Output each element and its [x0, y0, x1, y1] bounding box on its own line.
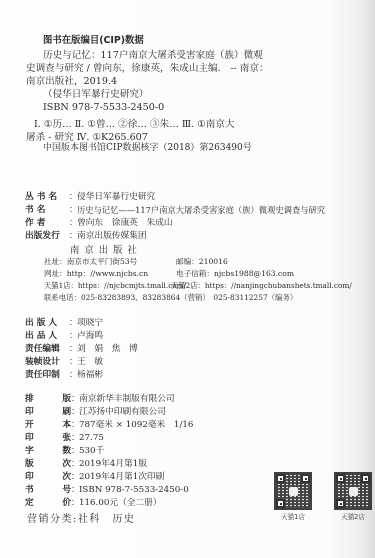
staff-row: 责任编辑：刘 娟 焦 博	[25, 343, 138, 355]
staff-row: 装帧设计：王 敏	[25, 356, 103, 368]
cip-series: （侵华日军暴行史研究）	[43, 88, 149, 101]
spec-value: 2019年4月第1次印刷	[79, 471, 164, 483]
spec-value: 江苏扬中印刷有限公司	[79, 406, 166, 418]
cip-record-number: 中国版本图书馆CIP数据核字（2018）第263490号	[43, 142, 252, 155]
spec-row: 字数：530千	[25, 445, 104, 457]
spec-row: 排版：南京新华丰制版有限公司	[25, 393, 175, 405]
series-label: 丛 书 名	[25, 191, 69, 203]
spec-value: 27.75	[79, 432, 104, 444]
author-value: 曾向东 徐康英 朱成山	[77, 217, 173, 229]
qr-code-icon[interactable]	[274, 472, 312, 510]
phone-numbers: 联系电话：025-83283893、83283864（营销） 025-83112…	[44, 292, 297, 304]
spec-label: 版次	[25, 458, 71, 470]
cip-isbn: ISBN 978-7-5533-2450-0	[43, 101, 164, 114]
address: 社址：南京市太平门街53号	[44, 256, 137, 268]
tmall-store-1-link[interactable]: 天猫1店：https：//njcbcmjts.tmall.com/	[44, 280, 186, 292]
distributor-label: 出版发行	[25, 230, 69, 242]
staff-value: 项晓宁	[77, 317, 103, 329]
cip-line: 史调查与研究 / 曾向东，徐康英，朱成山主编． -- 南京：	[26, 62, 269, 75]
staff-value: 卢海鸣	[77, 330, 103, 342]
staff-value: 杨福彬	[77, 369, 103, 381]
copyright-page: 图书在版编目(CIP)数据 历史与记忆：117户南京大屠杀受害家庭（族）微观 史…	[0, 0, 375, 558]
title-row: 书 名：历史与记忆——117户南京大屠杀受害家庭（族）微观史调查与研究	[25, 204, 325, 216]
staff-label: 装帧设计	[25, 356, 69, 368]
spec-value: ISBN 978-7-5533-2450-0	[79, 484, 189, 496]
staff-row: 出 版 人：项晓宁	[25, 317, 103, 329]
cip-classification: Ⅰ. ①历… Ⅱ. ①曾… ②徐… ③朱… Ⅲ. ①南京大	[34, 118, 235, 131]
spec-value: 南京新华丰制版有限公司	[79, 393, 175, 405]
email-link[interactable]: 电子信箱：njcbs1988@163.com	[176, 268, 294, 280]
cip-heading: 图书在版编目(CIP)数据	[43, 32, 144, 46]
postcode: 邮编：210016	[176, 256, 228, 268]
distributor-value: 南京出版传媒集团	[77, 230, 147, 242]
spec-row: 印次：2019年4月第1次印刷	[25, 471, 164, 483]
spec-label: 印张	[25, 432, 71, 444]
spec-label: 定价	[25, 497, 71, 509]
spec-label: 排版	[25, 393, 71, 405]
staff-row: 出 品 人：卢海鸣	[25, 330, 103, 342]
cip-line: 南京出版社，2019.4	[26, 75, 117, 88]
author-label: 作 者	[25, 217, 69, 229]
title-value: 历史与记忆——117户南京大屠杀受害家庭（族）微观史调查与研究	[77, 204, 325, 216]
website-link[interactable]: 网址：http：//www.njcbs.cn	[44, 268, 148, 280]
series-value: 侵华日军暴行史研究	[77, 191, 155, 203]
spec-row: 开本：787毫米 × 1092毫米 1/16	[25, 419, 193, 431]
series-row: 丛 书 名：侵华日军暴行史研究	[25, 191, 155, 203]
spec-row: 书号：ISBN 978-7-5533-2450-0	[25, 484, 189, 496]
spec-row: 印刷：江苏扬中印刷有限公司	[25, 406, 166, 418]
staff-value: 刘 娟 焦 博	[77, 343, 138, 355]
staff-label: 责任印制	[25, 369, 69, 381]
staff-value: 王 敏	[77, 356, 103, 368]
staff-label: 出 品 人	[25, 330, 69, 342]
qr-code-icon[interactable]	[334, 472, 372, 510]
staff-label: 出 版 人	[25, 317, 69, 329]
spec-value: 2019年4月第1版	[79, 458, 147, 470]
spec-value: 530千	[79, 445, 104, 457]
title-label: 书 名	[25, 204, 69, 216]
spec-row: 定价：116.00元（全二册）	[25, 497, 162, 509]
staff-label: 责任编辑	[25, 343, 69, 355]
marketing-category: 营销分类:社科 历史	[27, 510, 135, 525]
spec-value: 787毫米 × 1092毫米 1/16	[79, 419, 193, 431]
spec-value: 116.00元（全二册）	[79, 497, 162, 509]
cip-line: 历史与记忆：117户南京大屠杀受害家庭（族）微观	[43, 49, 263, 62]
distributor-row: 出版发行：南京出版传媒集团	[25, 230, 147, 242]
spec-label: 字数	[25, 445, 71, 457]
author-row: 作 者：曾向东 徐康英 朱成山	[25, 217, 173, 229]
spec-label: 印刷	[25, 406, 71, 418]
publisher-name: 南 京 出 版 社	[70, 242, 138, 256]
qr-label-tmall-2: 天猫2店	[333, 513, 373, 521]
staff-row: 责任印制：杨福彬	[25, 369, 103, 381]
spec-label: 开本	[25, 419, 71, 431]
spec-label: 印次	[25, 471, 71, 483]
spec-row: 版次：2019年4月第1版	[25, 458, 147, 470]
tmall-store-2-link[interactable]: 天猫2店：https：//nanjingchubanshets.tmall.co…	[171, 280, 352, 292]
spec-row: 印张：27.75	[25, 432, 104, 444]
spec-label: 书号	[25, 484, 71, 496]
qr-label-tmall-1: 天猫1店	[273, 513, 313, 521]
